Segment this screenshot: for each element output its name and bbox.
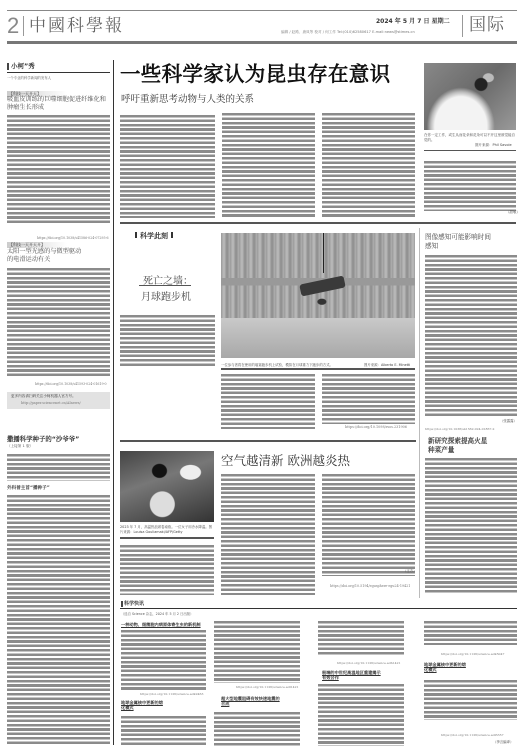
brief-body <box>121 716 206 746</box>
right-story-2-headline[interactable]: 新研究探索提高火星种菜产量 <box>428 437 488 454</box>
europe-body-3 <box>322 474 415 576</box>
story-body <box>7 454 110 481</box>
story-doi-link[interactable]: https://doi.org/10.1038/s41593-024-01619… <box>35 382 107 386</box>
section-marker-icon <box>7 63 9 70</box>
story-headline[interactable]: 吸血皮训练的巨噬细胞促进纤维化和肿瘤生长形成 <box>7 96 109 111</box>
science-moment-label: 科学此刻 <box>135 231 173 241</box>
brief-body <box>424 621 517 645</box>
label-text: 科学此刻 <box>140 232 168 240</box>
brief-body <box>318 684 404 746</box>
column-title: 小柯”秀 <box>11 61 35 70</box>
left-column: 小柯”秀 一个专业的科学新闻的发布人 【科技一天开天】 吸血皮训练的巨噬细胞促进… <box>7 55 111 745</box>
section-divider <box>462 15 463 37</box>
brief-headline[interactable]: 超大型地震阻碍有效快速地震的合成 <box>221 696 281 706</box>
notice-text: 更多内容请扫码关注小柯机器人官方号。 <box>11 394 106 399</box>
science-moment-title-2: 月球跑步机 <box>141 288 191 303</box>
brief-body <box>424 680 517 720</box>
brief-doi[interactable]: https://doi.org/10.1126/science.adl3357 <box>441 733 504 737</box>
page-number: 2 <box>7 14 19 38</box>
bee-photo <box>424 63 516 130</box>
column-title-rule <box>7 72 110 73</box>
right-story-doi[interactable]: https://doi.org/10.1038/s41562-024-01867… <box>425 427 494 431</box>
europe-body-2 <box>221 474 315 595</box>
title-rule <box>139 285 191 286</box>
brief-body <box>214 712 300 746</box>
science-moment-body <box>120 315 215 367</box>
bee-story-body <box>424 161 516 211</box>
right-story-headline[interactable]: 图像感知可能影响时间感知 <box>425 233 495 250</box>
section-name: 国际 <box>469 13 505 37</box>
bee-story-tail: （甜敏） <box>506 210 520 215</box>
right-column-divider <box>419 228 420 598</box>
brief-doi[interactable]: https://doi.org/10.1126/science.adk2463 <box>140 692 203 696</box>
main-subheadline: 呼吁重新思考动物与人类的关系 <box>121 91 254 105</box>
masthead-bottom-rule <box>7 41 517 44</box>
issue-date: 2024 年 5 月 7 日 星期二 <box>376 16 450 25</box>
editor-credits: 编辑 / 赵路、唐凤等 校对 / 何工作 Tel:(010)62580617 E… <box>281 30 415 35</box>
briefs-rule <box>120 608 517 609</box>
briefs-title: 科学快讯 <box>124 600 144 607</box>
briefs-compiler: （李言编译） <box>493 739 513 744</box>
story-subhead: 外科普主首“播种子” <box>7 485 50 491</box>
story-body <box>7 115 110 223</box>
left-column-divider <box>113 60 114 745</box>
story-doi-link[interactable]: https://doi.org/10.1038/s41586-024-07295… <box>37 236 109 240</box>
briefs-marker-icon <box>121 601 123 607</box>
brief-body <box>121 630 206 690</box>
rope-line <box>323 233 324 273</box>
label-marker-icon <box>135 232 137 238</box>
brief-headline[interactable]: 地球金属核中更新的熔化模式 <box>424 662 469 672</box>
main-story-col-2 <box>222 113 315 218</box>
heatwave-rule <box>120 537 214 539</box>
brief-body <box>318 621 404 656</box>
story-headline[interactable]: 太阳一型光感的与微型驱动的电滑运动有关 <box>7 248 87 263</box>
science-moment-body-2 <box>221 374 315 429</box>
main-headline[interactable]: 一些科学家认为昆虫存在意识 <box>120 62 390 86</box>
heatwave-photo <box>120 451 214 522</box>
science-moment-body-3 <box>322 374 415 424</box>
masthead-divider <box>23 16 24 36</box>
right-story-tail: （张露露） <box>500 418 517 423</box>
europe-doi[interactable]: https://doi.org/10.5194/egusphere-egu24-… <box>330 584 410 588</box>
brief-headline[interactable]: 一种动物、细菌胞内病原体寄生虫的新机制 <box>121 622 203 628</box>
europe-body-1 <box>120 545 214 595</box>
europe-tail: （王方） <box>403 568 417 573</box>
brief-body <box>214 621 300 683</box>
bee-photo-caption: 在你一定工作，或生从而花朵和花朵可以不开这里被觉能自觉的。 <box>424 133 516 142</box>
main-bottom-rule <box>120 222 516 224</box>
main-story-col-3 <box>322 113 415 218</box>
label-marker-icon <box>171 232 173 238</box>
photo-rule <box>221 368 415 370</box>
brief-doi[interactable]: https://doi.org/10.1126/science.adk5047 <box>441 652 504 656</box>
bee-photo-credit: 图片来源：Phil Savoie <box>475 143 512 148</box>
europe-headline[interactable]: 空气越清新 欧洲越炎热 <box>221 451 350 469</box>
notice-link[interactable]: http://paper.sciencenet.cn/AInews/ <box>21 401 106 405</box>
masthead-top-rule <box>7 10 517 11</box>
bee-rule <box>424 150 516 151</box>
brief-doi[interactable]: https://doi.org/10.1126/science.adh1421 <box>337 661 401 665</box>
mid-rule <box>120 440 416 442</box>
story-byline: （上接第 1 版） <box>7 444 33 449</box>
story-body <box>7 495 110 745</box>
story-headline[interactable]: 撒播科学种子的“沙爷爷” <box>7 434 79 443</box>
science-moment-doi[interactable]: https://doi.org/10.1098/rsos.231906 <box>345 425 407 429</box>
story-body <box>7 268 110 376</box>
photo-credit: 图片来源：Alberto E. Minetti <box>364 362 410 367</box>
photo-caption: 一位参与者将在使用的墙赛跑步机上试验，模拟在月球重力下跑步的方式。 <box>221 362 361 367</box>
right-story-body <box>425 255 517 417</box>
main-story-col-1 <box>120 115 215 218</box>
heatwave-caption: 2023 年 7 月，高温热浪席卷南欧。一位女子用冷水降温。图片来源：Louis… <box>120 525 214 534</box>
brief-headline[interactable]: 地球金属核中更新的熔化模式 <box>121 700 166 710</box>
notice-box: 更多内容请扫码关注小柯机器人官方号。 http://paper.sciencen… <box>7 392 110 409</box>
brief-doi[interactable]: https://doi.org/10.1126/science.adl1421 <box>236 685 299 689</box>
brief-headline[interactable]: 极端的中世纪高温地区重建揭示有效合作 <box>322 670 382 680</box>
paper-name: 中國科學報 <box>29 15 124 37</box>
right-story-2-body <box>425 458 517 594</box>
briefs-source: （选自 Science 杂志，2024 年 5 月 2 日出版） <box>121 611 193 616</box>
moon-treadmill-photo <box>221 233 415 358</box>
column-subtitle: 一个专业的科学新闻的发布人 <box>7 75 51 80</box>
